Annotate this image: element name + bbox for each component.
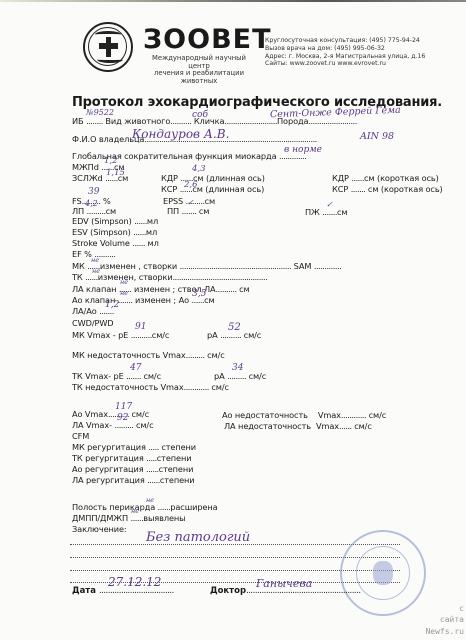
contact-line: Круглосуточная консультация: (495) 775-9… bbox=[265, 37, 425, 45]
lp-value: 4,2 bbox=[85, 199, 98, 208]
la-vmax-row: ЛА Vmax- ......... см/с bbox=[72, 420, 153, 430]
mk-row: МК ......изменен , створки .............… bbox=[72, 261, 341, 271]
cfm-heading: CFM bbox=[72, 431, 89, 441]
contact-line: Вызов врача на дом: (495) 995-06-32 bbox=[265, 45, 425, 53]
stroke-volume-row: Stroke Volume ...... мл bbox=[72, 238, 159, 248]
la-vmax-value: 92 bbox=[117, 413, 128, 423]
cwd-pwd-heading: CWD/PWD bbox=[72, 318, 114, 328]
conclusion-label: Заключение: bbox=[72, 524, 127, 534]
tk-pe-value: 47 bbox=[130, 363, 141, 373]
scan-edge bbox=[0, 0, 466, 2]
fs-value: 39 bbox=[88, 187, 99, 197]
edv-row: EDV (Simpson) ......мл bbox=[72, 216, 158, 226]
mk-pe-value: 91 bbox=[135, 322, 146, 332]
pericard-value: не bbox=[146, 496, 154, 504]
mk-value: не bbox=[91, 256, 99, 264]
clinic-stamp-icon bbox=[340, 530, 426, 616]
global-function-value: в норме bbox=[284, 145, 322, 155]
pp-row: ПП ....... см bbox=[167, 206, 209, 216]
watermark-line: с bbox=[459, 604, 464, 613]
ksr-short-row: КСР ....... см (короткая ось) bbox=[332, 184, 443, 194]
date-value: 27.12.12 bbox=[108, 575, 161, 589]
cfm-item: ЛА регургитация ......степени bbox=[72, 475, 195, 485]
watermark-line: Newfs.ru bbox=[425, 627, 464, 636]
pericard-row: Полость перикарда ......расширена bbox=[72, 502, 218, 512]
pp-value: ✓ bbox=[187, 198, 194, 207]
tk-insufficiency-row: ТК недостаточность Vmax............ см/с bbox=[72, 382, 229, 392]
cfm-item: Ао регургитация ......степени bbox=[72, 464, 193, 474]
brand-subtitle: Международный научный центр лечения и ре… bbox=[143, 55, 255, 85]
mk-insufficiency-row: МК недостаточность Vmax......... см/с bbox=[72, 350, 225, 360]
tk-row: ТК ......изменен, створки...............… bbox=[72, 272, 267, 282]
kdr-long-row: КДР ......см (длинная ось) bbox=[161, 173, 265, 183]
ao-valve-value: не bbox=[120, 289, 128, 297]
pzh-value: ✓ bbox=[326, 200, 333, 209]
conclusion-value: Без патологий bbox=[146, 530, 250, 545]
ib-value: №9522 bbox=[86, 108, 114, 117]
la-insufficiency-row: ЛА недостаточность Vmax...... см/с bbox=[224, 421, 372, 431]
watermark-line: сайта bbox=[440, 615, 464, 624]
kdr-short-row: КДР ......см (короткая ось) bbox=[332, 173, 439, 183]
dmpp-row: ДМПП/ДМЖП ......выявлены bbox=[72, 513, 186, 523]
la-valve-row: ЛА клапан ...... изменен ; ствол ЛА.....… bbox=[72, 284, 250, 294]
ao-insufficiency-row: Ао недостаточность Vmax............ см/с bbox=[222, 410, 386, 420]
ao-diameter-value: 3,5 bbox=[192, 289, 206, 299]
tk-pa-value: 34 bbox=[232, 363, 243, 373]
mk-pa-value: 52 bbox=[228, 322, 241, 333]
contact-info: Круглосуточная консультация: (495) 775-9… bbox=[265, 37, 425, 68]
zslzhd-value: 1,15 bbox=[106, 168, 125, 178]
doctor-signature: Ганычева bbox=[256, 577, 312, 590]
zoovet-logo-icon bbox=[83, 22, 133, 72]
ao-vmax-value: 117 bbox=[115, 402, 132, 412]
tk-value: не bbox=[92, 267, 100, 275]
dmpp-value: не bbox=[131, 507, 139, 515]
mk-vmax-row: МК Vmax - pE ..........см/с bbox=[72, 330, 169, 340]
esv-row: ESV (Simpson) ......мл bbox=[72, 227, 157, 237]
ksr-long-value: 2,6 bbox=[184, 180, 198, 190]
kdr-long-value: 4,3 bbox=[192, 164, 206, 174]
owner-extra: AIN 98 bbox=[360, 131, 394, 142]
mzhpd-value: 1,2 bbox=[104, 156, 118, 166]
owner-value: Кондауров А.В. bbox=[132, 127, 229, 141]
la-ao-value: 1,2 bbox=[105, 300, 119, 310]
contact-line: Сайты: www.zoovet.ru www.evrovet.ru bbox=[265, 60, 425, 68]
la-valve-value: не bbox=[120, 278, 128, 286]
tk-vmax-row: ТК Vmax- pE ....... см/с bbox=[72, 371, 161, 381]
cfm-item: ТК регургитация .....степени bbox=[72, 453, 191, 463]
cfm-item: МК регургитация ..... степени bbox=[72, 442, 196, 452]
brand-name: ЗООВЕТ bbox=[143, 24, 272, 55]
ksr-long-row: КСР ......см (длинная ось) bbox=[161, 184, 264, 194]
ao-vmax-row: Ао Vmax.......... см/с bbox=[72, 409, 149, 419]
species-value: соб bbox=[192, 110, 208, 120]
